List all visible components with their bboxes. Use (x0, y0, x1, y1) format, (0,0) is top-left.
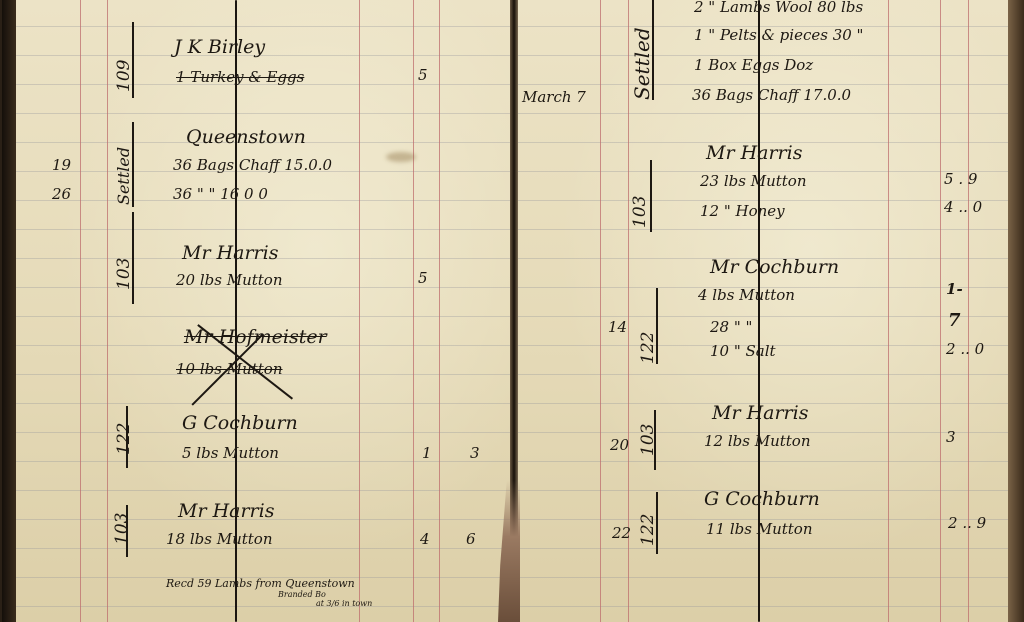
shillings-value: 5 (418, 68, 428, 83)
entry-date: 20 (610, 438, 629, 453)
shillings-value: 7 (948, 312, 961, 330)
amount-value: 2 .. 0 (946, 342, 984, 357)
folio-bracket (650, 160, 652, 232)
shillings-value: 3 (946, 430, 956, 445)
settled-mark: Settled (116, 147, 132, 205)
item-description: 4 lbs Mutton (698, 288, 795, 303)
entry-date: 19 (52, 158, 71, 173)
amount-value: 1- (946, 282, 963, 297)
pence-value: 6 (466, 532, 476, 547)
item-description: 12 lbs Mutton (704, 434, 811, 449)
settled-mark: Settled (632, 27, 652, 100)
amount-value: 4 .. 0 (944, 200, 982, 215)
folio-number: 109 (116, 60, 133, 92)
item-description: 36 " " 16 0 0 (173, 187, 268, 202)
account-name: J K Birley (174, 38, 265, 57)
folio-bracket (132, 122, 134, 207)
account-name: Queenstown (186, 128, 306, 147)
item-description: 10 " Salt (710, 344, 776, 359)
amount-value: 2 .. 9 (948, 516, 986, 531)
footnote-line: Recd 59 Lambs from Queenstown (166, 578, 355, 589)
item-description: 2 " Lambs Wool 80 lbs (694, 0, 863, 15)
item-description: 1 " Pelts & pieces 30 " (694, 28, 863, 43)
amount-column-rule (888, 0, 889, 622)
shillings-value: 4 (420, 532, 430, 547)
folio-bracket (126, 406, 128, 468)
shillings-value: 1 (422, 446, 432, 461)
amount-value: 5 . 9 (944, 172, 977, 187)
item-description: 5 lbs Mutton (182, 446, 279, 461)
account-name: Mr Harris (178, 502, 274, 521)
item-description: 1 Box Eggs Doz (694, 58, 813, 73)
item-description: 23 lbs Mutton (700, 174, 807, 189)
folio-number: 103 (114, 513, 131, 545)
item-description: 1 Turkey & Eggs (176, 70, 304, 85)
item-description: 20 lbs Mutton (176, 273, 283, 288)
folio-number: 122 (640, 514, 657, 546)
item-description: 18 lbs Mutton (166, 532, 273, 547)
footnote-line: Branded Bo (278, 591, 326, 599)
folio-bracket (656, 492, 658, 554)
folio-number: 103 (116, 258, 133, 290)
folio-bracket (126, 505, 128, 557)
pence-value: 3 (470, 446, 480, 461)
shillings-column-rule (940, 0, 941, 622)
entry-date: 22 (612, 526, 631, 541)
ink-stain (386, 152, 416, 162)
folio-number: 122 (116, 423, 133, 455)
folio-column-rule (107, 0, 108, 622)
shillings-column-rule (413, 0, 414, 622)
folio-number: 122 (640, 332, 657, 364)
account-name: G Cochburn (182, 414, 298, 433)
footnote-line: at 3/6 in town (316, 600, 372, 608)
account-name: Mr Harris (182, 244, 278, 263)
account-name: Mr Cochburn (710, 258, 839, 277)
ledger-book: 109 J K Birley 1 Turkey & Eggs 5 Settled… (0, 0, 1024, 622)
shillings-value: 5 (418, 271, 428, 286)
crossed-out-item: 10 lbs Mutton (176, 362, 283, 377)
folio-number: 103 (632, 196, 649, 228)
entry-date: 14 (608, 320, 627, 335)
left-page: 109 J K Birley 1 Turkey & Eggs 5 Settled… (14, 0, 514, 622)
date-column-rule (600, 0, 601, 622)
account-name: Mr Harris (712, 404, 808, 423)
right-page: Settled 2 " Lambs Wool 80 lbs 1 " Pelts … (514, 0, 1008, 622)
pence-column-rule (439, 0, 440, 622)
item-description: 11 lbs Mutton (706, 522, 813, 537)
folio-bracket (654, 410, 656, 470)
folio-bracket (132, 22, 134, 98)
item-description: 28 " " (710, 320, 752, 335)
folio-bracket (652, 0, 654, 100)
date-column-rule (80, 0, 81, 622)
entry-date: 26 (52, 187, 71, 202)
item-description: 36 Bags Chaff 15.0.0 (173, 158, 332, 173)
item-description: 36 Bags Chaff 17.0.0 (692, 88, 851, 103)
amount-column-rule (359, 0, 360, 622)
fold-crease (235, 0, 237, 622)
account-name: Mr Harris (706, 144, 802, 163)
item-description: 12 " Honey (700, 204, 785, 219)
entry-date: March 7 (522, 90, 586, 105)
account-name: G Cochburn (704, 490, 820, 509)
folio-bracket (656, 288, 658, 364)
folio-bracket (132, 212, 134, 304)
